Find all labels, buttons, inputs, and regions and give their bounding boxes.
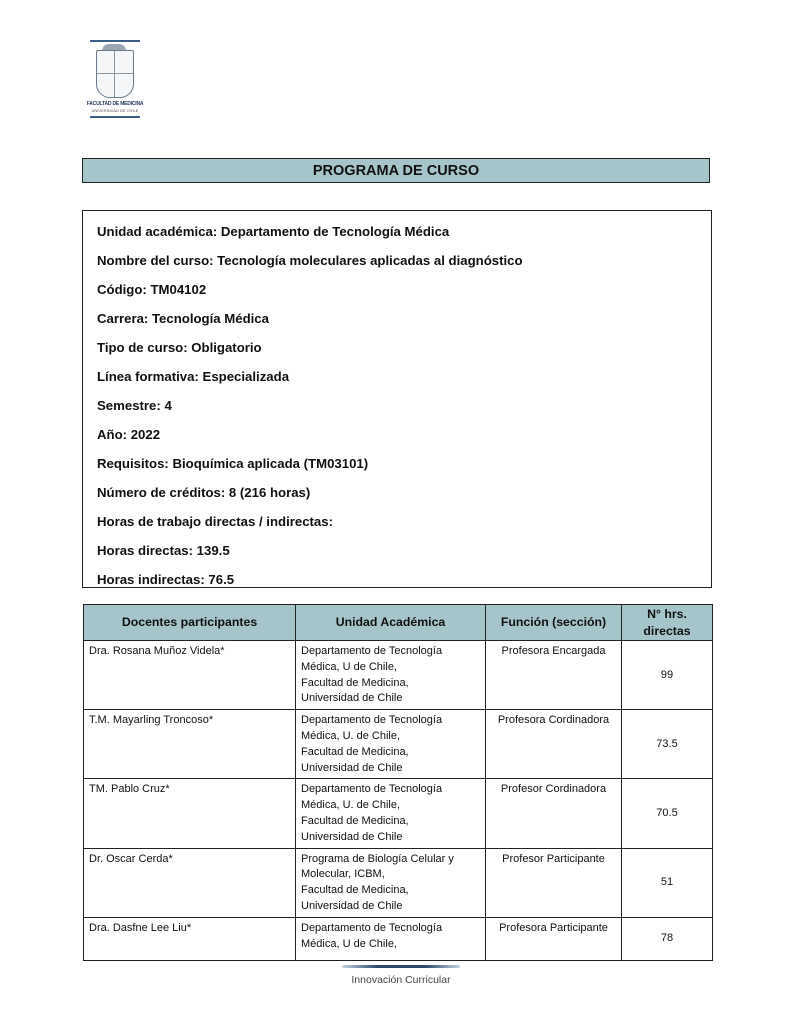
header-docentes: Docentes participantes — [84, 605, 296, 641]
footer-label: Innovación Curricular — [340, 974, 462, 986]
docente-unit: Departamento de TecnologíaMédica, U. de … — [296, 710, 486, 779]
footer-rule — [342, 965, 460, 968]
unit-line: Universidad de Chile — [301, 899, 480, 915]
docente-role: Profesor Cordinadora — [486, 779, 622, 848]
docente-name: Dra. Dasfne Lee Liu* — [84, 917, 296, 960]
unit-line: Médica, U de Chile, — [301, 937, 480, 953]
header-hrs-directas: N° hrs. directas — [622, 605, 713, 641]
unit-line: Facultad de Medicina, — [301, 883, 480, 899]
course-info-line: Horas directas: 139.5 — [97, 536, 711, 565]
course-info-line: Horas de trabajo directas / indirectas: — [97, 507, 711, 536]
course-info-line: Requisitos: Bioquímica aplicada (TM03101… — [97, 449, 711, 478]
docente-role: Profesora Participante — [486, 917, 622, 960]
unit-line: Médica, U. de Chile, — [301, 798, 480, 814]
unit-line: Universidad de Chile — [301, 761, 480, 777]
crest-shield-icon — [96, 50, 134, 98]
logo-bottom-rule — [90, 116, 140, 118]
header-funcion: Función (sección) — [486, 605, 622, 641]
header-unidad: Unidad Académica — [296, 605, 486, 641]
logo-university-text: UNIVERSIDAD DE CHILE — [86, 108, 144, 113]
docente-role: Profesora Encargada — [486, 641, 622, 710]
footer-brand: Innovación Curricular — [340, 965, 462, 986]
docente-unit: Departamento de TecnologíaMédica, U de C… — [296, 641, 486, 710]
docente-name: Dra. Rosana Muñoz Videla* — [84, 641, 296, 710]
course-info-line: Tipo de curso: Obligatorio — [97, 333, 711, 362]
unit-line: Departamento de Tecnología — [301, 713, 480, 729]
course-info-line: Nombre del curso: Tecnología moleculares… — [97, 246, 711, 275]
docente-hours: 99 — [622, 641, 713, 710]
docente-role: Profesora Cordinadora — [486, 710, 622, 779]
unit-line: Facultad de Medicina, — [301, 676, 480, 692]
docente-name: Dr. Oscar Cerda* — [84, 848, 296, 917]
course-info-line: Número de créditos: 8 (216 horas) — [97, 478, 711, 507]
unit-line: Departamento de Tecnología — [301, 644, 480, 660]
unit-line: Departamento de Tecnología — [301, 921, 480, 937]
unit-line: Universidad de Chile — [301, 691, 480, 707]
faculty-logo: FACULTAD DE MEDICINA UNIVERSIDAD DE CHIL… — [86, 40, 144, 120]
docente-name: TM. Pablo Cruz* — [84, 779, 296, 848]
unit-line: Médica, U de Chile, — [301, 660, 480, 676]
table-row: Dra. Rosana Muñoz Videla*Departamento de… — [84, 641, 713, 710]
unit-line: Departamento de Tecnología — [301, 782, 480, 798]
docentes-table: Docentes participantes Unidad Académica … — [83, 604, 713, 961]
unit-line: Facultad de Medicina, — [301, 814, 480, 830]
table-row: TM. Pablo Cruz*Departamento de Tecnologí… — [84, 779, 713, 848]
course-info-line: Año: 2022 — [97, 420, 711, 449]
unit-line: Molecular, ICBM, — [301, 867, 480, 883]
table-row: T.M. Mayarling Troncoso*Departamento de … — [84, 710, 713, 779]
table-row: Dra. Dasfne Lee Liu*Departamento de Tecn… — [84, 917, 713, 960]
docente-hours: 51 — [622, 848, 713, 917]
docente-unit: Departamento de TecnologíaMédica, U de C… — [296, 917, 486, 960]
document-title: PROGRAMA DE CURSO — [82, 158, 710, 183]
docente-role: Profesor Participante — [486, 848, 622, 917]
course-info-line: Semestre: 4 — [97, 391, 711, 420]
course-info-line: Línea formativa: Especializada — [97, 362, 711, 391]
docente-name: T.M. Mayarling Troncoso* — [84, 710, 296, 779]
course-info-line: Horas indirectas: 76.5 — [97, 565, 711, 594]
docente-unit: Programa de Biología Celular yMolecular,… — [296, 848, 486, 917]
table-row: Dr. Oscar Cerda*Programa de Biología Cel… — [84, 848, 713, 917]
docente-hours: 73.5 — [622, 710, 713, 779]
course-info-line: Código: TM04102 — [97, 275, 711, 304]
docente-hours: 70.5 — [622, 779, 713, 848]
course-info-line: Unidad académica: Departamento de Tecnol… — [97, 217, 711, 246]
course-info-line: Carrera: Tecnología Médica — [97, 304, 711, 333]
unit-line: Facultad de Medicina, — [301, 745, 480, 761]
unit-line: Programa de Biología Celular y — [301, 852, 480, 868]
table-header-row: Docentes participantes Unidad Académica … — [84, 605, 713, 641]
unit-line: Universidad de Chile — [301, 830, 480, 846]
docente-hours: 78 — [622, 917, 713, 960]
logo-top-rule — [90, 40, 140, 42]
course-info-box: Unidad académica: Departamento de Tecnol… — [82, 210, 712, 588]
docente-unit: Departamento de TecnologíaMédica, U. de … — [296, 779, 486, 848]
unit-line: Médica, U. de Chile, — [301, 729, 480, 745]
logo-faculty-text: FACULTAD DE MEDICINA — [86, 101, 144, 107]
